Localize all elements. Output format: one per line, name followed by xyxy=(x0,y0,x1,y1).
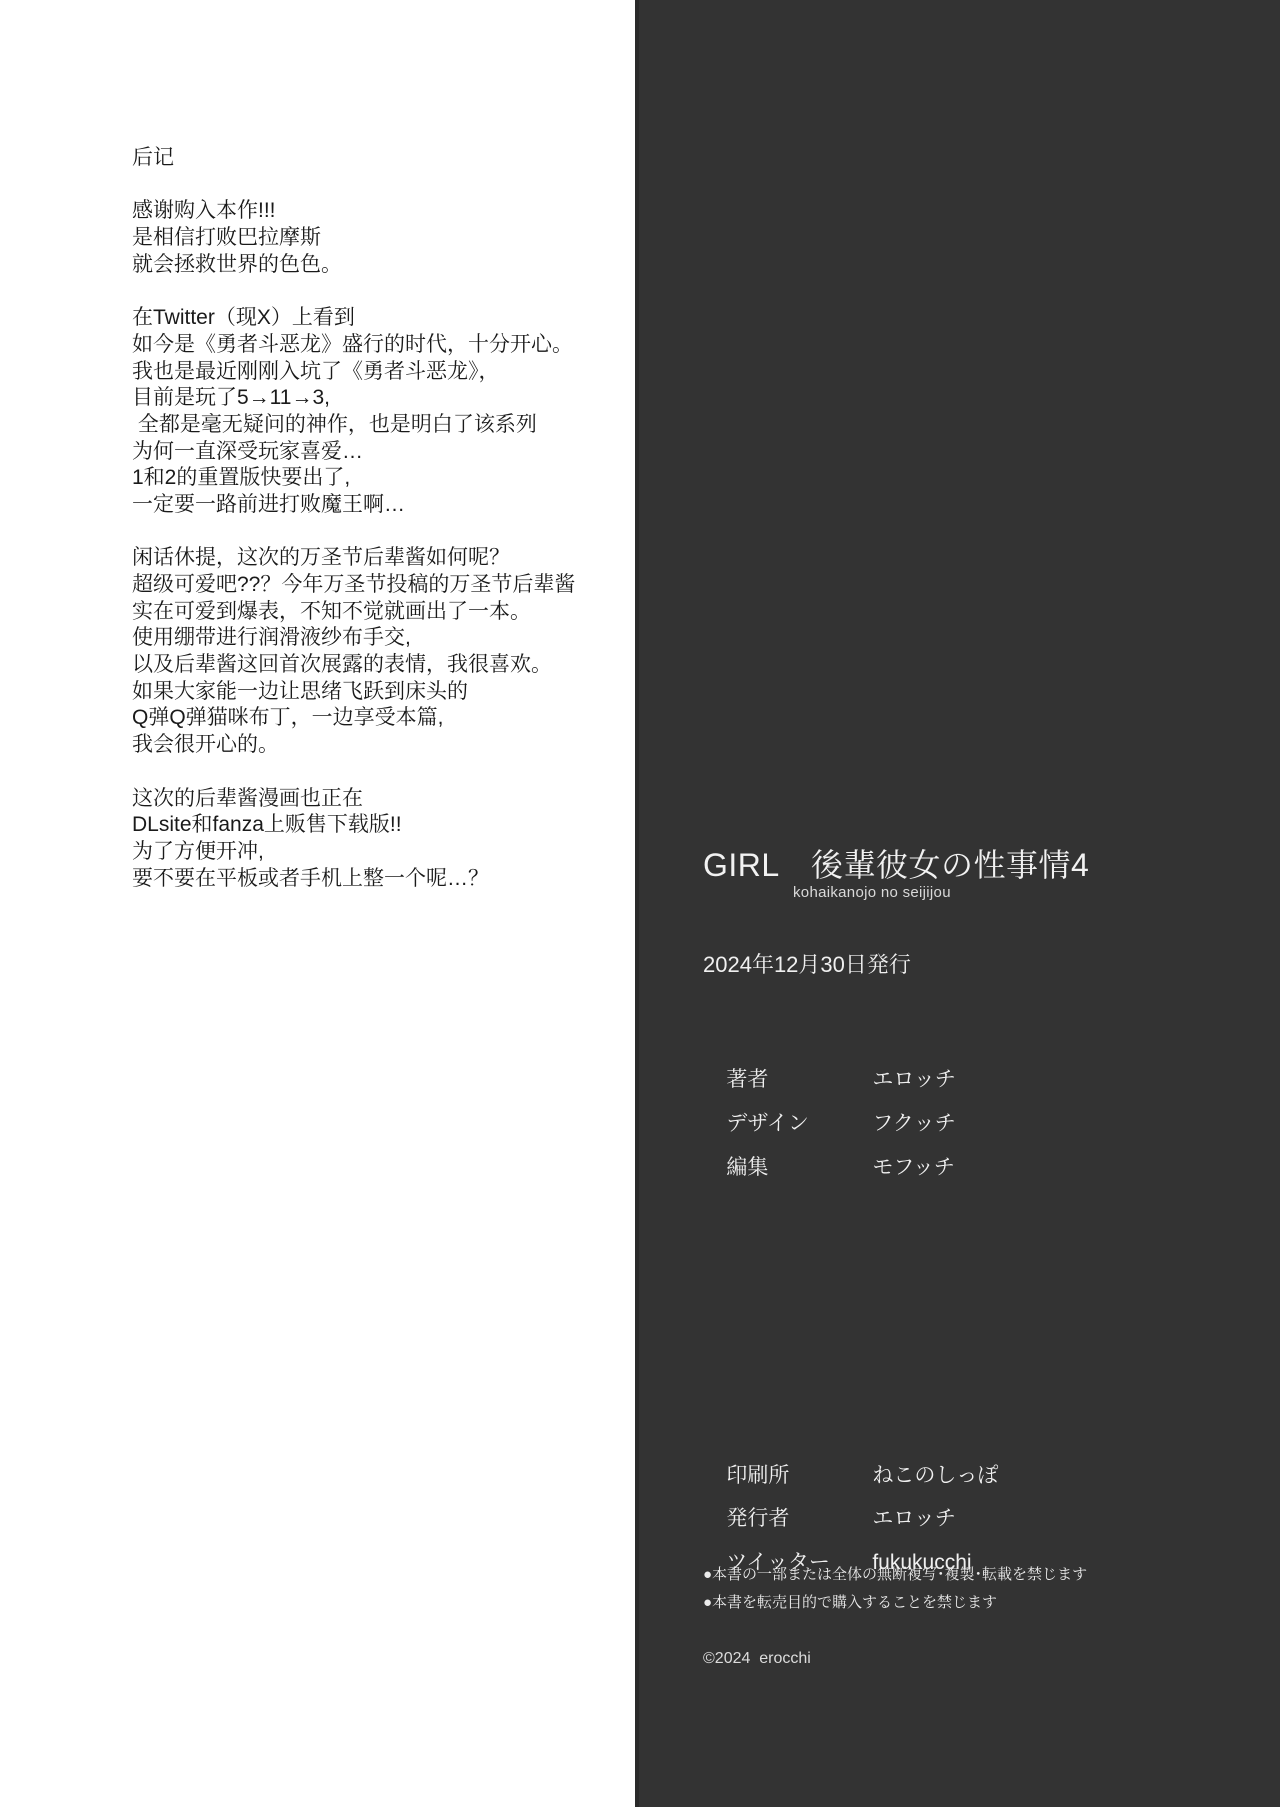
afterword-heading: 后记 xyxy=(132,145,575,172)
afterword-line: 就会拯救世界的色色。 xyxy=(132,252,575,279)
credit-row-author: 著者エロッチ xyxy=(703,1041,956,1067)
afterword-line: 使用绷带进行润滑液纱布手交, xyxy=(132,625,575,652)
afterword-line: 感谢购入本作!!! xyxy=(132,198,575,225)
afterword-line: 在Twitter（现X）上看到 xyxy=(132,305,575,332)
afterword-line: 如果大家能一边让思绪飞跃到床头的 xyxy=(132,679,575,706)
afterword-line: 实在可爱到爆表，不知不觉就画出了一本。 xyxy=(132,599,575,626)
publication-date: 2024年12月30日発行 xyxy=(703,948,911,979)
afterword-line: 超级可爱吧??？今年万圣节投稿的万圣节后辈酱 xyxy=(132,572,575,599)
afterword-line: DLsite和fanza上贩售下载版!! xyxy=(132,812,575,839)
book-title-romaji: kohaikanojo no seijijou xyxy=(793,884,951,901)
notice-line: ●本書を転売目的で購入することを禁じます xyxy=(703,1592,997,1614)
afterword-line: 如今是《勇者斗恶龙》盛行的时代，十分开心。 xyxy=(132,332,575,359)
copyright-text: ©2024 erocchi xyxy=(703,1650,811,1668)
colophon-panel: GIRL 後輩彼女の性事情4 kohaikanojo no seijijou 2… xyxy=(635,0,1280,1807)
afterword-line: 为何一直深受玩家喜爱… xyxy=(132,439,575,466)
afterword-line: 一定要一路前进打败魔王啊… xyxy=(132,492,575,519)
afterword-line: 以及后辈酱这回首次展露的表情，我很喜欢。 xyxy=(132,652,575,679)
afterword-line xyxy=(132,759,575,786)
afterword-line: 我会很开心的。 xyxy=(132,732,575,759)
afterword-line: 1和2的重置版快要出了, xyxy=(132,465,575,492)
publishing-row-publisher: 発行者エロッチ xyxy=(703,1480,956,1506)
publishing-row-twitter: ツイッターfukukucchi xyxy=(703,1524,972,1550)
afterword-line: 是相信打败巴拉摩斯 xyxy=(132,225,575,252)
afterword-line xyxy=(132,172,575,199)
afterword-line: 要不要在平板或者手机上整一个呢…？ xyxy=(132,866,575,893)
page-fold-edge xyxy=(635,0,639,1807)
credit-row-editor: 編集モフッチ xyxy=(703,1129,955,1155)
afterword-line: 全都是毫无疑问的神作，也是明白了该系列 xyxy=(132,412,575,439)
afterword-line: 闲话休提，这次的万圣节后辈酱如何呢？ xyxy=(132,545,575,572)
afterword-line xyxy=(132,278,575,305)
afterword-line: 我也是最近刚刚入坑了《勇者斗恶龙》， xyxy=(132,359,575,386)
credit-row-design: デザインフクッチ xyxy=(703,1085,956,1111)
book-title: GIRL 後輩彼女の性事情4 xyxy=(703,846,1089,884)
afterword-line: 这次的后辈酱漫画也正在 xyxy=(132,786,575,813)
afterword-line: 目前是玩了5→11→3, xyxy=(132,385,575,412)
afterword-line xyxy=(132,519,575,546)
afterword-line: 为了方便开冲, xyxy=(132,839,575,866)
afterword-line: Q弹Q弹猫咪布丁，一边享受本篇, xyxy=(132,705,575,732)
notice-line: ●本書の一部または全体の無断複写･複製･転載を禁じます xyxy=(703,1564,1087,1586)
credit-label: 編集 xyxy=(726,1155,872,1181)
credit-value: モフッチ xyxy=(872,1155,955,1181)
afterword-text: 后记 感谢购入本作!!! 是相信打败巴拉摩斯 就会拯救世界的色色。 在Twitt… xyxy=(132,145,575,892)
publishing-row-printer: 印刷所ねこのしっぽ xyxy=(703,1437,998,1463)
